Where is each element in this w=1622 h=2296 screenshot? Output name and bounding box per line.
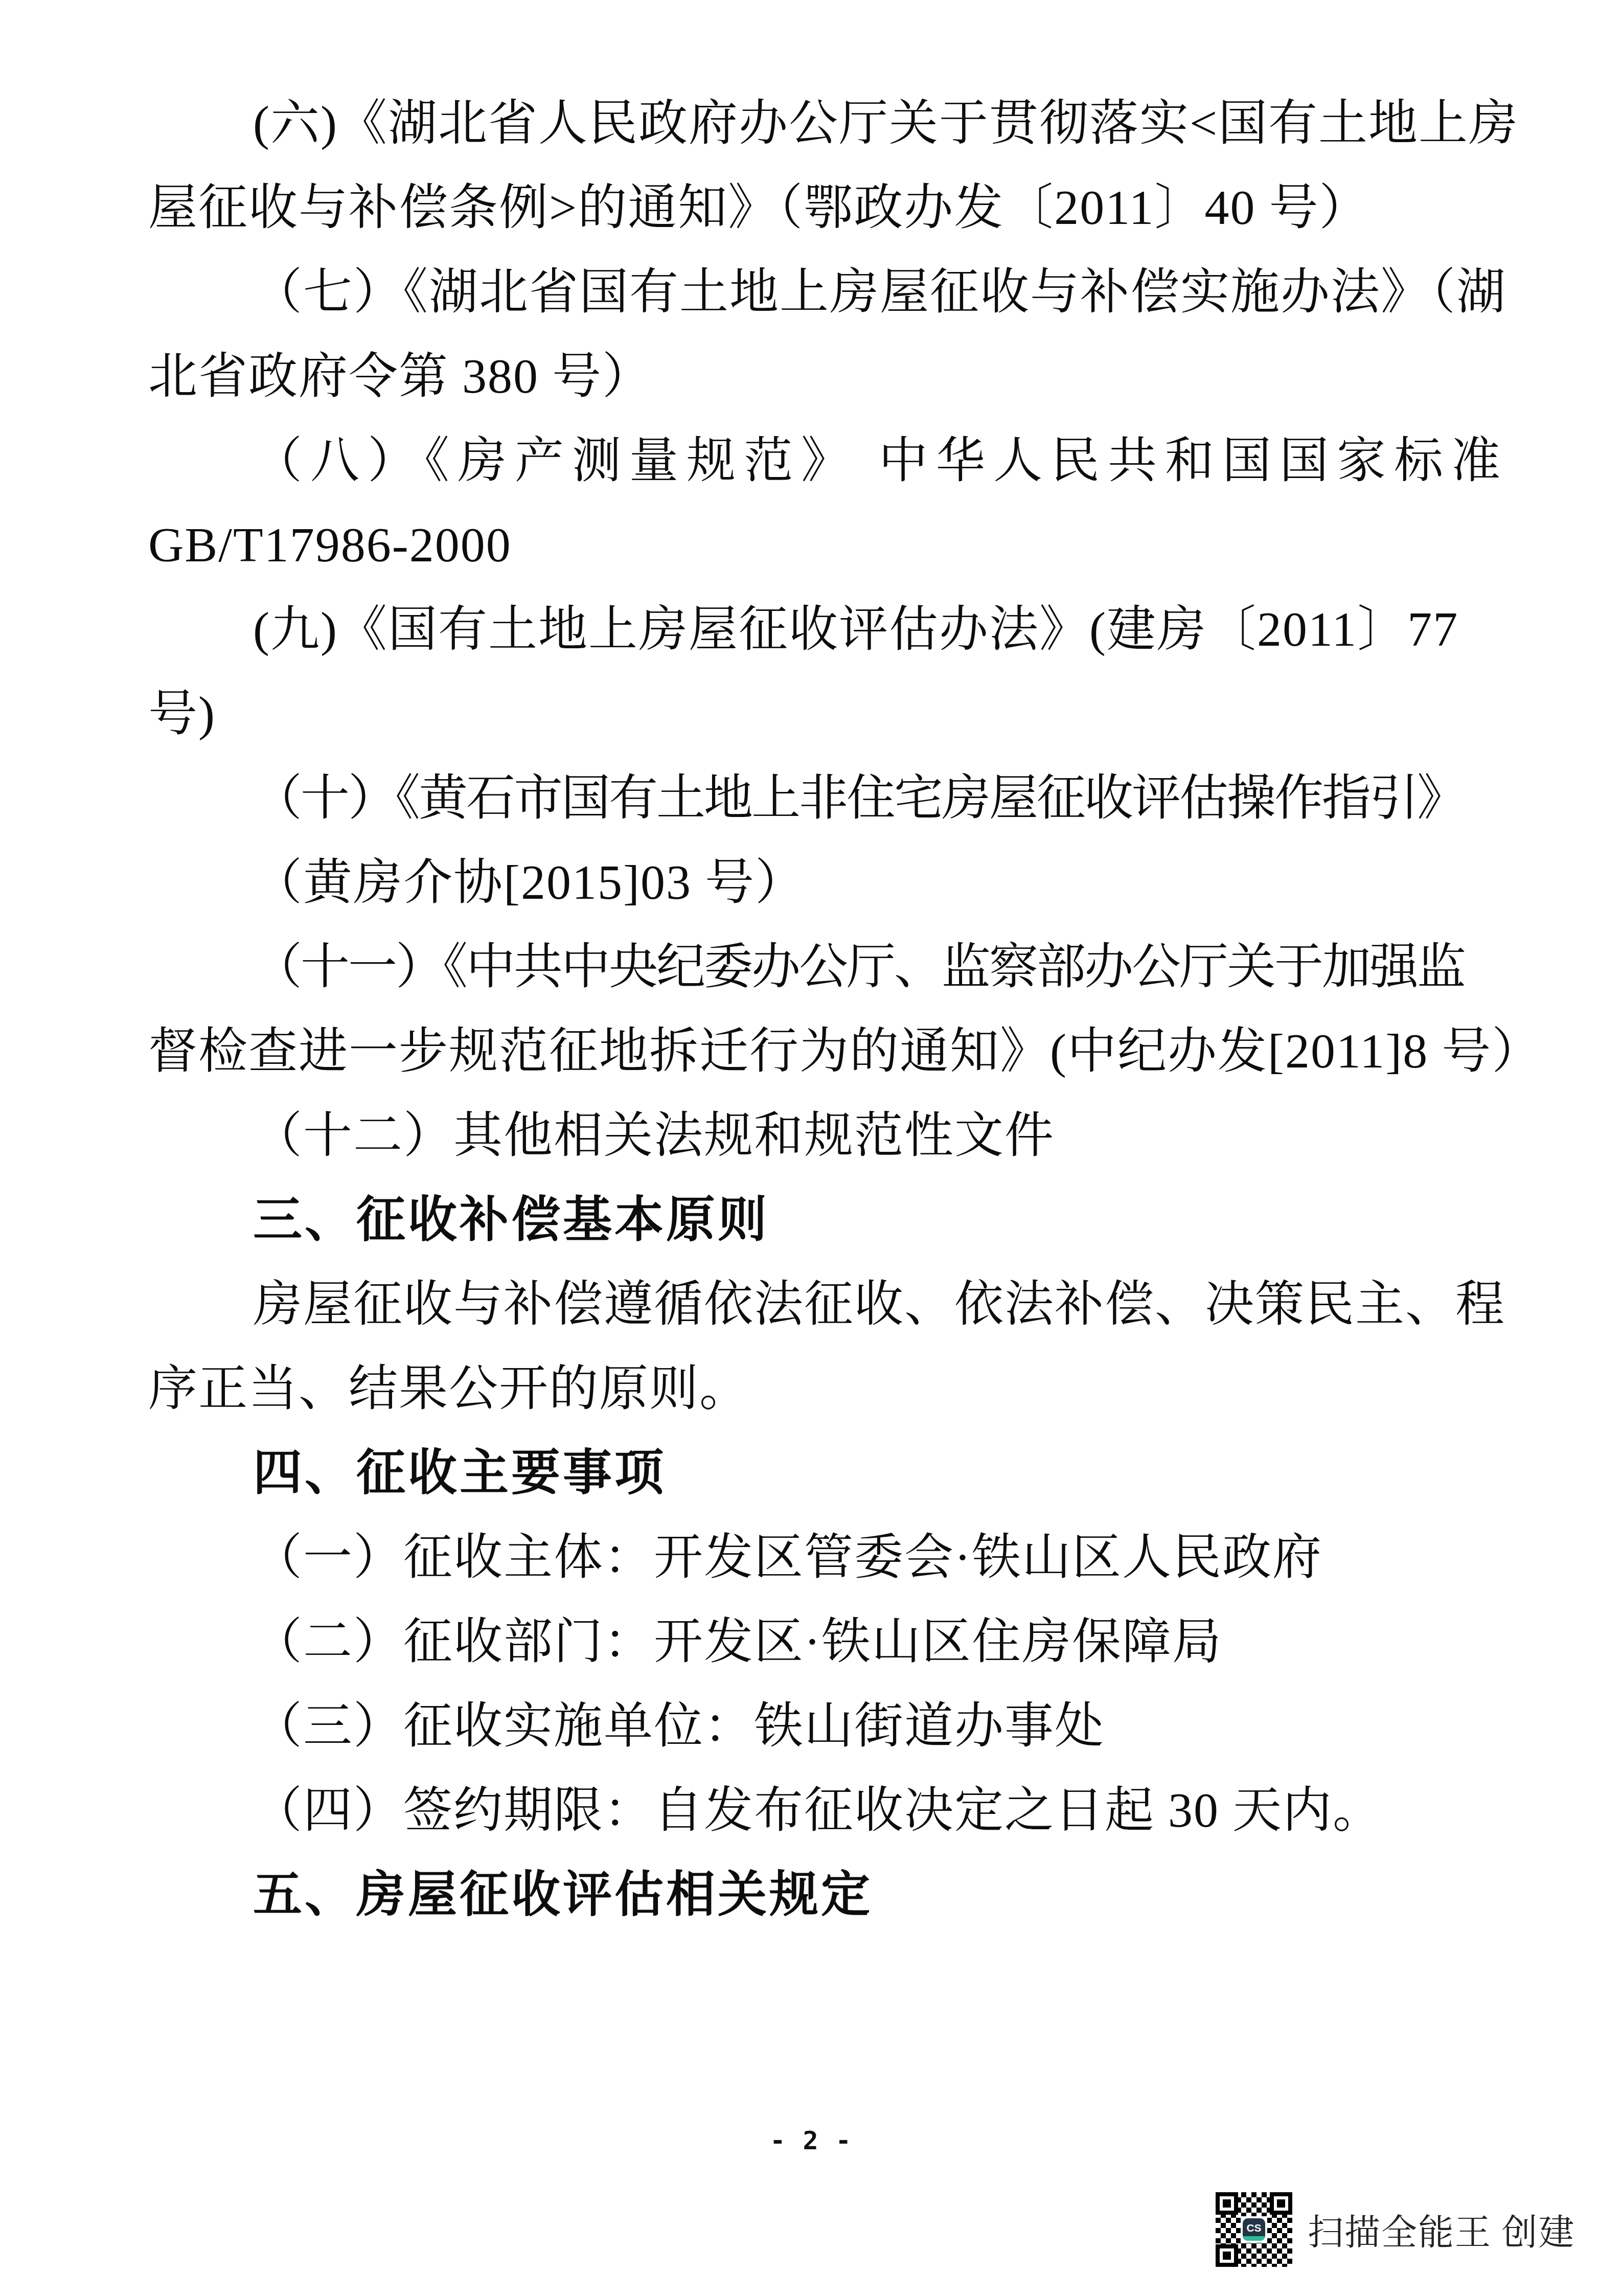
document-body: (六)《湖北省人民政府办公厅关于贯彻落实<国有土地上房 屋征收与补偿条例>的通知… bbox=[148, 81, 1510, 1937]
watermark-text: 扫描全能王 创建 bbox=[1308, 2204, 1575, 2256]
text-line: （十一）《中共中央纪委办公厅、监察部办公厅关于加强监 bbox=[148, 924, 1510, 1009]
qr-code-icon: CS bbox=[1216, 2192, 1292, 2267]
camscanner-logo: CS bbox=[1241, 2216, 1267, 2243]
text-line: （黄房介协[2015]03 号） bbox=[148, 840, 1510, 924]
text-line: （八）《房产测量规范》 中华人民共和国国家标准 bbox=[148, 418, 1510, 503]
text-line: （一）征收主体：开发区管委会·铁山区人民政府 bbox=[148, 1515, 1510, 1599]
text-line: （七）《湖北省国有土地上房屋征收与补偿实施办法》（湖 bbox=[148, 249, 1510, 334]
text-line: 号) bbox=[148, 671, 1510, 756]
page-number: - 2 - bbox=[770, 2126, 852, 2155]
text-line: (九)《国有土地上房屋征收评估办法》(建房〔2011〕77 bbox=[148, 587, 1510, 671]
camscanner-watermark: CS 扫描全能王 创建 bbox=[1216, 2192, 1575, 2267]
section-heading: 五、房屋征收评估相关规定 bbox=[148, 1852, 1510, 1937]
page-footer: - 2 - bbox=[0, 2126, 1622, 2155]
qr-finder-icon bbox=[1216, 2244, 1238, 2267]
qr-finder-icon bbox=[1216, 2192, 1238, 2215]
text-line: （三）征收实施单位：铁山街道办事处 bbox=[148, 1684, 1510, 1768]
text-line: 房屋征收与补偿遵循依法征收、依法补偿、决策民主、程 bbox=[148, 1262, 1510, 1346]
text-line: （十）《黄石市国有土地上非住宅房屋征收评估操作指引》 bbox=[148, 756, 1510, 840]
text-line: （四）签约期限：自发布征收决定之日起 30 天内。 bbox=[148, 1768, 1510, 1852]
text-line: (六)《湖北省人民政府办公厅关于贯彻落实<国有土地上房 bbox=[148, 81, 1510, 165]
section-heading: 三、征收补偿基本原则 bbox=[148, 1177, 1510, 1262]
section-heading: 四、征收主要事项 bbox=[148, 1430, 1510, 1515]
qr-finder-icon bbox=[1270, 2192, 1292, 2215]
text-line: GB/T17986-2000 bbox=[148, 503, 1510, 587]
text-line: 北省政府令第 380 号） bbox=[148, 334, 1510, 418]
text-line: （二）征收部门：开发区·铁山区住房保障局 bbox=[148, 1599, 1510, 1684]
document-page: (六)《湖北省人民政府办公厅关于贯彻落实<国有土地上房 屋征收与补偿条例>的通知… bbox=[0, 0, 1622, 2296]
text-line: （十二）其他相关法规和规范性文件 bbox=[148, 1093, 1510, 1177]
text-line: 督检查进一步规范征地拆迁行为的通知》(中纪办发[2011]8 号） bbox=[148, 1009, 1510, 1093]
camscanner-logo-badge: CS bbox=[1243, 2218, 1265, 2241]
text-line: 序正当、结果公开的原则。 bbox=[148, 1346, 1510, 1430]
text-line: 屋征收与补偿条例>的通知》（鄂政办发〔2011〕40 号） bbox=[148, 165, 1510, 249]
